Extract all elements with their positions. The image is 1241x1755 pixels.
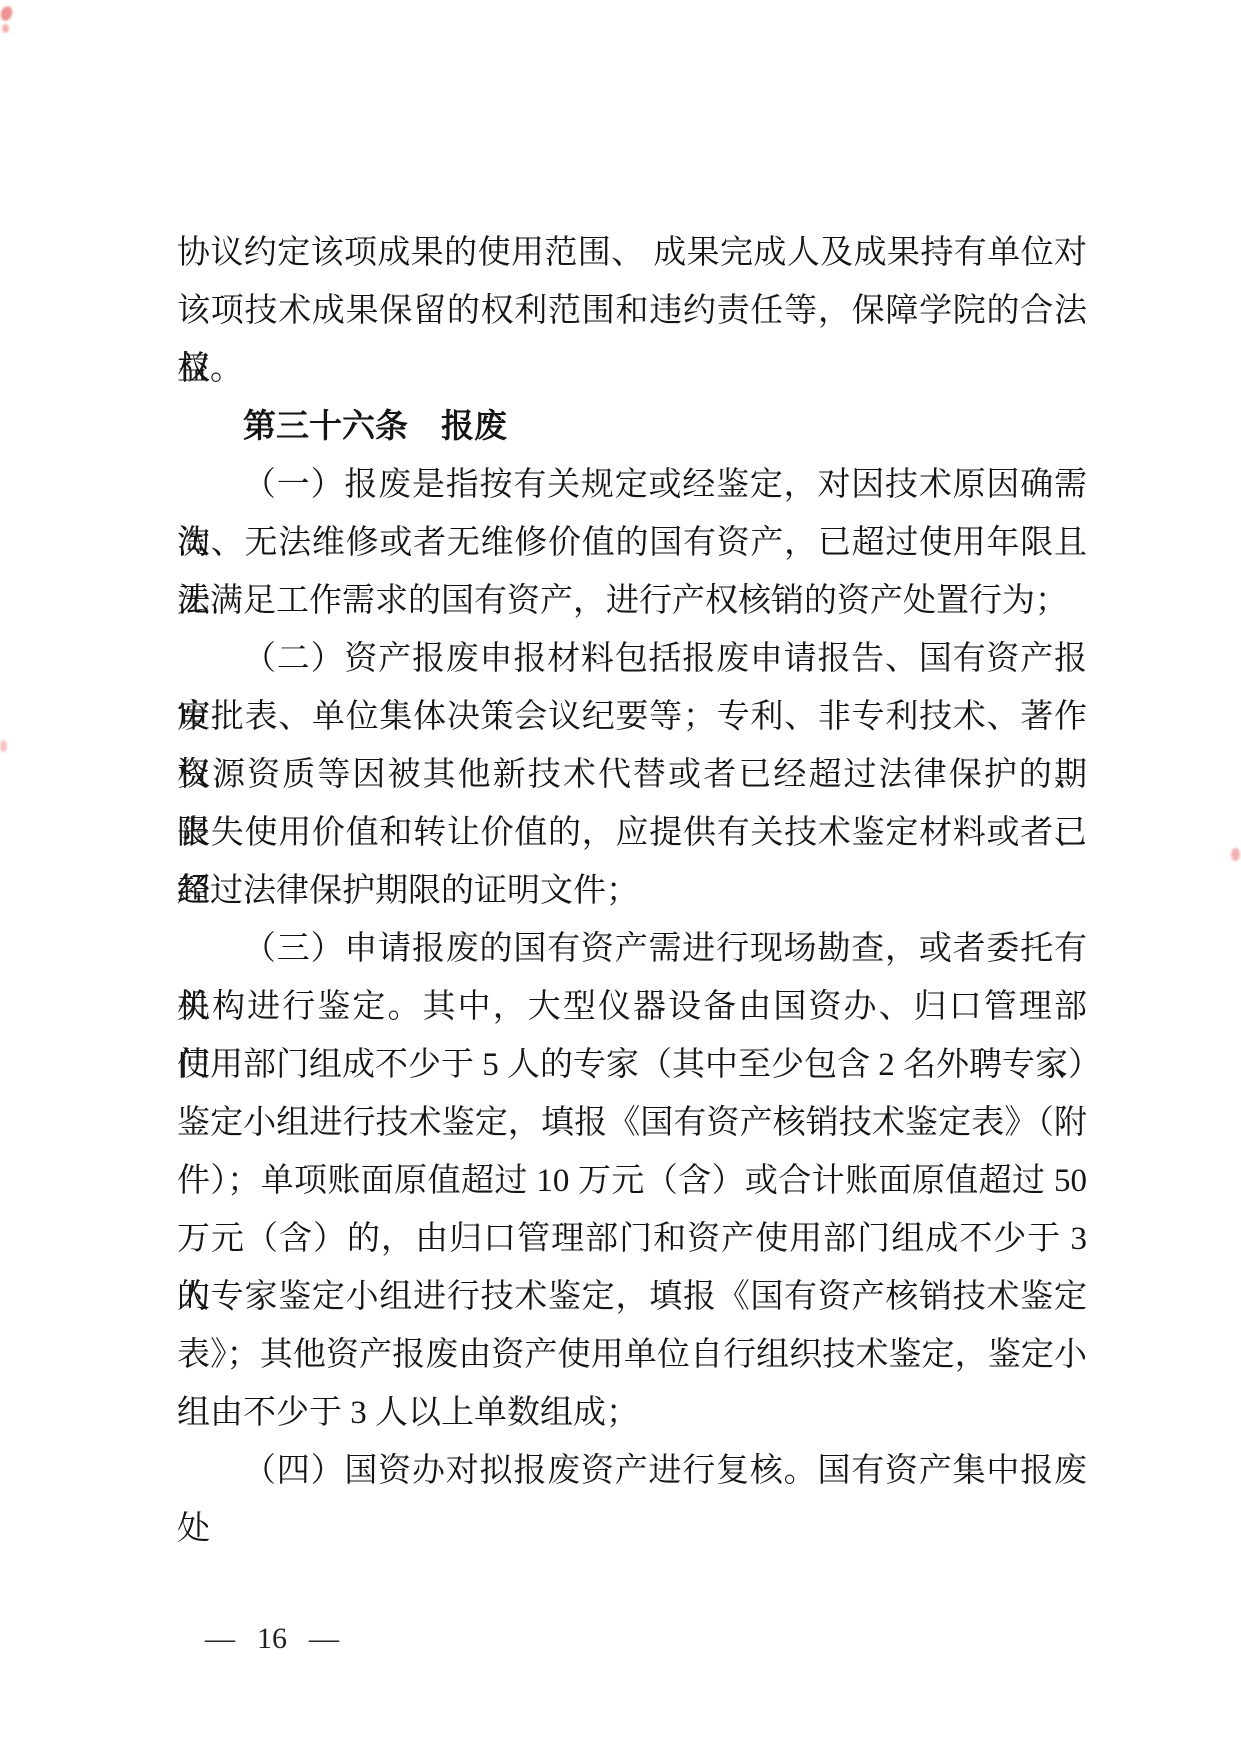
page-number: 16 [257,1622,287,1656]
text-line: （四）国资办对拟报废资产进行复核。国有资产集中报废处 [177,1442,1087,1500]
text-line: 法满足工作需求的国有资产，进行产权核销的资产处置行为； [177,572,1087,630]
text-line: （二）资产报废申报材料包括报废申请报告、国有资产报废 [177,630,1087,688]
scan-artifact-mark [2,24,9,33]
text-line: 汰、无法维修或者无维修价值的国有资产，已超过使用年限且无 [177,514,1087,572]
footer-left-dash: — [205,1622,235,1656]
scan-artifact-mark [0,740,7,752]
text-line: （三）申请报废的国有资产需进行现场勘查，或者委托有关 [177,920,1087,978]
text-line: 组由不少于 3 人以上单数组成； [177,1384,1087,1442]
text-line: 万元（含）的，由归口管理部门和资产使用部门组成不少于 3 人 [177,1210,1087,1268]
scan-artifact-mark [0,5,14,23]
text-line: 鉴定小组进行技术鉴定，填报《国有资产核销技术鉴定表》（附 [177,1094,1087,1152]
text-line: （一）报废是指按有关规定或经鉴定，对因技术原因确需淘 [177,456,1087,514]
text-line: 的专家鉴定小组进行技术鉴定，填报《国有资产核销技术鉴定 [177,1268,1087,1326]
text-line: 机构进行鉴定。其中，大型仪器设备由国资办、归口管理部门、 [177,978,1087,1036]
text-line: 表》；其他资产报废由资产使用单位自行组织技术鉴定，鉴定小 [177,1326,1087,1384]
text-line: 超过法律保护期限的证明文件； [177,862,1087,920]
document-body: 协议约定该项成果的使用范围、 成果完成人及成果持有单位对 该项技术成果保留的权利… [177,224,1087,1500]
text-line: 该项技术成果保留的权利范围和违约责任等，保障学院的合法权 [177,282,1087,340]
text-line: 丧失使用价值和转让价值的，应提供有关技术鉴定材料或者已经 [177,804,1087,862]
text-line: 件）；单项账面原值超过 10 万元（含）或合计账面原值超过 50 [177,1152,1087,1210]
document-page: 协议约定该项成果的使用范围、 成果完成人及成果持有单位对 该项技术成果保留的权利… [0,0,1241,1755]
text-line: 资源资质等因被其他新技术代替或者已经超过法律保护的期限、 [177,746,1087,804]
article-36-heading: 第三十六条 报废 [177,398,1087,456]
text-line: 审批表、单位集体决策会议纪要等；专利、非专利技术、著作权、 [177,688,1087,746]
text-line: 益。 [177,340,1087,398]
footer-right-dash: — [309,1622,339,1656]
text-line: 使用部门组成不少于 5 人的专家（其中至少包含 2 名外聘专家） [177,1036,1087,1094]
text-line: 协议约定该项成果的使用范围、 成果完成人及成果持有单位对 [177,224,1087,282]
page-footer: — 16 — [205,1622,339,1656]
scan-artifact-mark [1231,848,1240,861]
